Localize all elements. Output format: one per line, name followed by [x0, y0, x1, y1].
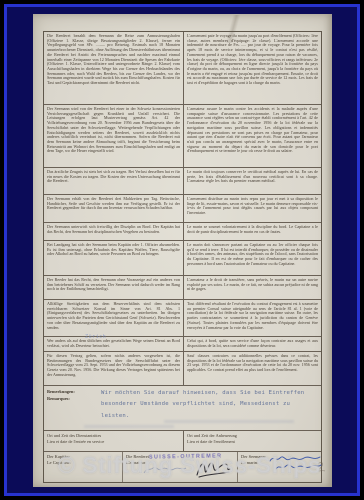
date-fields-section: Ort und Zeit des Dienstantrittes Lieu et…	[44, 431, 321, 452]
clause-shoreleave-de: Bei Landgang hat sich der Seemann beim K…	[44, 241, 184, 275]
table-row: Der Seemann erhält von der Reederei drei…	[44, 195, 321, 223]
table-row: Die Reederei bezahlt dem Seemann die Rei…	[44, 32, 321, 105]
clause-medical-de: Das ärztliche Zeugnis ist stets bei sich…	[44, 168, 184, 194]
clause-disputes-de: Allfällige Streitigkeiten aus dem Heuerv…	[44, 300, 184, 336]
clause-transfer-de: Der Reeder hat das Recht, den Seemann oh…	[44, 276, 184, 299]
clause-travel-fr: L'armement paie le voyage du marin jusqu…	[184, 32, 321, 104]
typed-remark-line2: besonderer Umstände verpflichtet sind, M…	[101, 399, 319, 422]
table-row: Der Seemann wird von der Reederei bei ei…	[44, 105, 321, 168]
table-row: Der Reeder hat das Recht, den Seemann oh…	[44, 276, 321, 300]
field-service-entry-fr: Lieu et date de l'entrée en service	[47, 439, 180, 445]
clause-discipline-de: Der Seemann unterwirft sich freiwillig d…	[44, 223, 184, 240]
clause-meals-fr: L'armement distribue au marin trois repa…	[184, 195, 321, 222]
watermark: © Stiftung Swiss-Ships	[47, 452, 332, 479]
clause-insurance-de: Der Seemann wird von der Reederei bei ei…	[44, 105, 184, 167]
ink-bleed-mark	[164, 420, 294, 423]
clause-desertion-fr: Celui qui, à bord, quitte son service d'…	[184, 337, 321, 351]
remarks-label-fr: Remarques:	[47, 396, 75, 403]
field-enrolment: Ort und Zeit der Anheuerung Lieu et date…	[184, 431, 321, 451]
table-row: Bei Landgang hat sich der Seemann beim K…	[44, 241, 321, 276]
clause-shoreleave-fr: Le marin doit s'annoncer partant au Capi…	[184, 241, 321, 275]
clause-medical-fr: Le marin doit toujours conserver le cert…	[184, 168, 321, 194]
clause-law-fr: Sauf clauses contraires ou additionnelle…	[184, 352, 321, 385]
clause-discipline-fr: Le marin se soumet volontairement à la d…	[184, 223, 321, 240]
clause-law-de: Für diesen Vertrag gelten, sofern nichts…	[44, 352, 184, 385]
table-row: Das ärztliche Zeugnis ist stets bei sich…	[44, 168, 321, 195]
table-row: Der Seemann unterwirft sich freiwillig d…	[44, 223, 321, 241]
clause-meals-de: Der Seemann erhält von der Reederei drei…	[44, 195, 184, 222]
table-row: Für diesen Vertrag gelten, sofern nichts…	[44, 352, 321, 386]
clause-insurance-fr: L'armateur assure le marin contre les ac…	[184, 105, 321, 167]
contract-table: Die Reederei bezahlt dem Seemann die Rei…	[43, 31, 322, 483]
clause-travel-de: Die Reederei bezahlt dem Seemann die Rei…	[44, 32, 184, 104]
typed-remark-line1: Wir möchten Sie darauf hinweisen, dass S…	[101, 388, 319, 399]
scan-frame: Die Reederei bezahlt dem Seemann die Rei…	[0, 0, 364, 500]
table-row: Allfällige Streitigkeiten aus dem Heuerv…	[44, 300, 321, 337]
remarks-label-de: Bemerkungen:	[47, 389, 75, 396]
field-service-entry: Ort und Zeit des Dienstantrittes Lieu et…	[44, 431, 184, 451]
field-enrolment-fr: Lieu et date de l'enrôlement	[187, 439, 318, 445]
marginal-note-zurich: Zürich	[85, 334, 106, 340]
remarks-section: Bemerkungen: Remarques: Wir möchten Sie …	[44, 386, 321, 431]
contract-page: Die Reederei bezahlt dem Seemann die Rei…	[33, 14, 332, 487]
typed-remark: Wir möchten Sie darauf hinweisen, dass S…	[101, 388, 319, 422]
clause-desertion-de: Wer anders als auf dem üblichen oder ges…	[44, 337, 184, 351]
clause-disputes-fr: Tout différend résultant de l'exécution …	[184, 300, 321, 336]
ink-bleed-mark	[84, 425, 174, 428]
clause-transfer-fr: L'armateur a le droit de transférer, san…	[184, 276, 321, 299]
